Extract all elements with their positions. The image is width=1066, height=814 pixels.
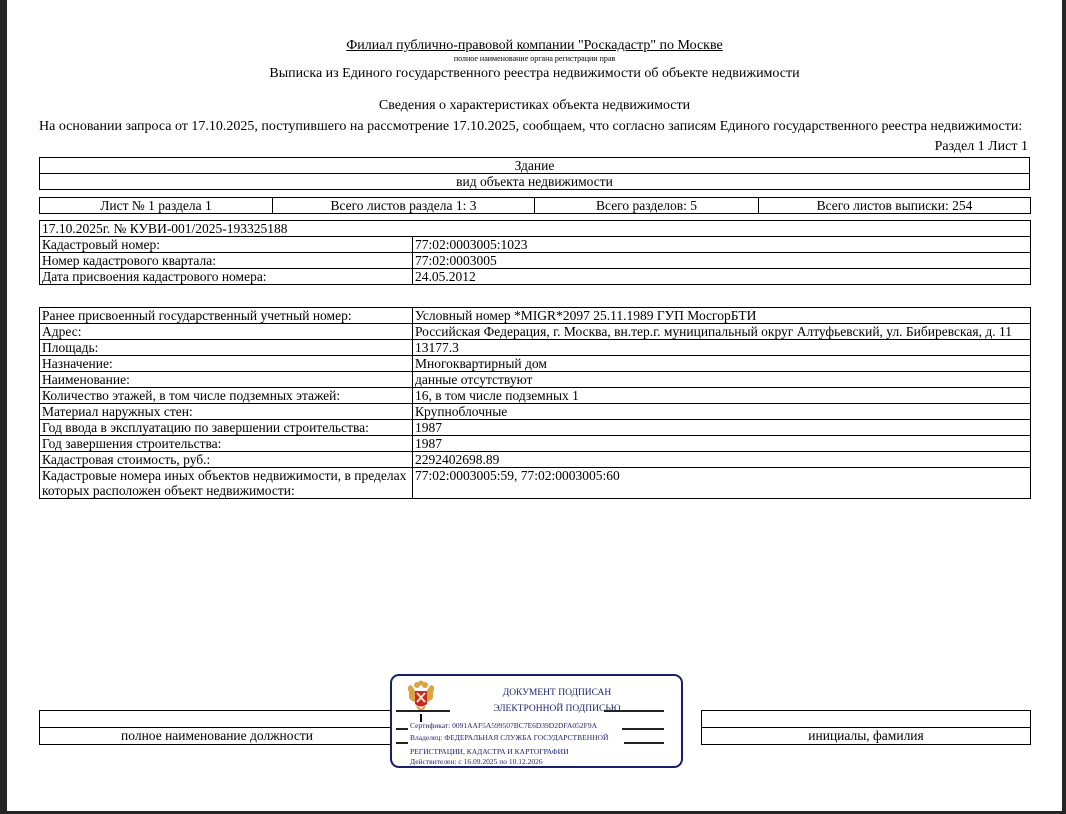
table-row: Наименование:данные отсутствуют — [40, 372, 1031, 388]
section-sheets-total: Всего листов раздела 1: 3 — [273, 198, 535, 214]
stamp-owner-line2: РЕГИСТРАЦИИ, КАДАСТРА И КАРТОГРАФИИ — [410, 747, 569, 756]
sections-total: Всего разделов: 5 — [535, 198, 759, 214]
characteristics-table: Ранее присвоенный государственный учетны… — [39, 307, 1031, 499]
object-type-caption: вид объекта недвижимости — [40, 174, 1030, 190]
object-type-table: Здание вид объекта недвижимости — [39, 157, 1030, 190]
electronic-signature-stamp: ДОКУМЕНТ ПОДПИСАН ЭЛЕКТРОННОЙ ПОДПИСЬЮ С… — [390, 674, 683, 768]
table-row: Материал наружных стен:Крупноблочные — [40, 404, 1031, 420]
table-row: Кадастровая стоимость, руб.:2292402698.8… — [40, 452, 1031, 468]
organization-caption: полное наименование органа регистрации п… — [7, 54, 1062, 63]
object-type-value: Здание — [40, 158, 1030, 174]
row-label: Номер кадастрового квартала: — [40, 253, 413, 269]
coat-of-arms-icon — [406, 680, 436, 714]
stamp-title-line1: ДОКУМЕНТ ПОДПИСАН — [452, 688, 662, 698]
table-row: Назначение:Многоквартирный дом — [40, 356, 1031, 372]
row-value: Российская Федерация, г. Москва, вн.тер.… — [413, 324, 1031, 340]
name-cell — [702, 711, 1031, 728]
row-label: Год завершения строительства: — [40, 436, 413, 452]
section-reference: Раздел 1 Лист 1 — [935, 139, 1028, 155]
row-label: Кадастровые номера иных объектов недвижи… — [40, 468, 413, 499]
row-value: Условный номер *MIGR*2097 25.11.1989 ГУП… — [413, 308, 1031, 324]
row-label: Назначение: — [40, 356, 413, 372]
stamp-owner-line1: Владелец: ФЕДЕРАЛЬНАЯ СЛУЖБА ГОСУДАРСТВЕ… — [410, 733, 608, 742]
row-value: 16, в том числе подземных 1 — [413, 388, 1031, 404]
table-row: Год ввода в эксплуатацию по завершении с… — [40, 420, 1031, 436]
table-row: Количество этажей, в том числе подземных… — [40, 388, 1031, 404]
sheet-number: Лист № 1 раздела 1 — [40, 198, 273, 214]
name-caption: инициалы, фамилия — [702, 728, 1031, 745]
row-value: 77:02:0003005:1023 — [413, 237, 1031, 253]
row-label: Дата присвоения кадастрового номера: — [40, 269, 413, 285]
document-title: Выписка из Единого государственного реес… — [7, 66, 1062, 82]
table-row: Адрес:Российская Федерация, г. Москва, в… — [40, 324, 1031, 340]
row-label: Кадастровый номер: — [40, 237, 413, 253]
table-row: Площадь:13177.3 — [40, 340, 1031, 356]
row-label: Количество этажей, в том числе подземных… — [40, 388, 413, 404]
row-label: Адрес: — [40, 324, 413, 340]
section-title: Сведения о характеристиках объекта недви… — [7, 98, 1062, 114]
table-row: Кадастровый номер: 77:02:0003005:1023 — [40, 237, 1031, 253]
record-number: 17.10.2025г. № КУВИ-001/2025-193325188 — [40, 221, 1031, 237]
sheets-table: Лист № 1 раздела 1 Всего листов раздела … — [39, 197, 1031, 214]
position-caption: полное наименование должности — [40, 728, 395, 745]
row-value: 77:02:0003005:59, 77:02:0003005:60 — [413, 468, 1031, 499]
table-row: Дата присвоения кадастрового номера: 24.… — [40, 269, 1031, 285]
row-value: 13177.3 — [413, 340, 1031, 356]
row-value: 1987 — [413, 420, 1031, 436]
row-label: Площадь: — [40, 340, 413, 356]
row-value: 1987 — [413, 436, 1031, 452]
row-value: Многоквартирный дом — [413, 356, 1031, 372]
row-label: Кадастровая стоимость, руб.: — [40, 452, 413, 468]
stamp-validity: Действителен: с 16.09.2025 по 10.12.2026 — [410, 757, 543, 766]
table-row: Номер кадастрового квартала: 77:02:00030… — [40, 253, 1031, 269]
identification-table: 17.10.2025г. № КУВИ-001/2025-193325188 К… — [39, 220, 1031, 285]
table-row: Кадастровые номера иных объектов недвижи… — [40, 468, 1031, 499]
extract-sheets-total: Всего листов выписки: 254 — [759, 198, 1031, 214]
organization-name: Филиал публично-правовой компании "Роска… — [7, 38, 1062, 54]
row-value: 24.05.2012 — [413, 269, 1031, 285]
row-value: Крупноблочные — [413, 404, 1031, 420]
document-page: Филиал публично-правовой компании "Роска… — [7, 0, 1062, 811]
row-label: Ранее присвоенный государственный учетны… — [40, 308, 413, 324]
table-row: Ранее присвоенный государственный учетны… — [40, 308, 1031, 324]
stamp-certificate: Сертификат: 0091AAF5A599507BC7E6D39D2DFA… — [410, 721, 597, 730]
stamp-title-line2: ЭЛЕКТРОННОЙ ПОДПИСЬЮ — [452, 704, 662, 714]
row-label: Материал наружных стен: — [40, 404, 413, 420]
intro-text: На основании запроса от 17.10.2025, пост… — [39, 119, 1022, 135]
row-value: 77:02:0003005 — [413, 253, 1031, 269]
row-value: данные отсутствуют — [413, 372, 1031, 388]
row-label: Год ввода в эксплуатацию по завершении с… — [40, 420, 413, 436]
position-cell — [40, 711, 395, 728]
table-row: Год завершения строительства:1987 — [40, 436, 1031, 452]
row-label: Наименование: — [40, 372, 413, 388]
row-value: 2292402698.89 — [413, 452, 1031, 468]
